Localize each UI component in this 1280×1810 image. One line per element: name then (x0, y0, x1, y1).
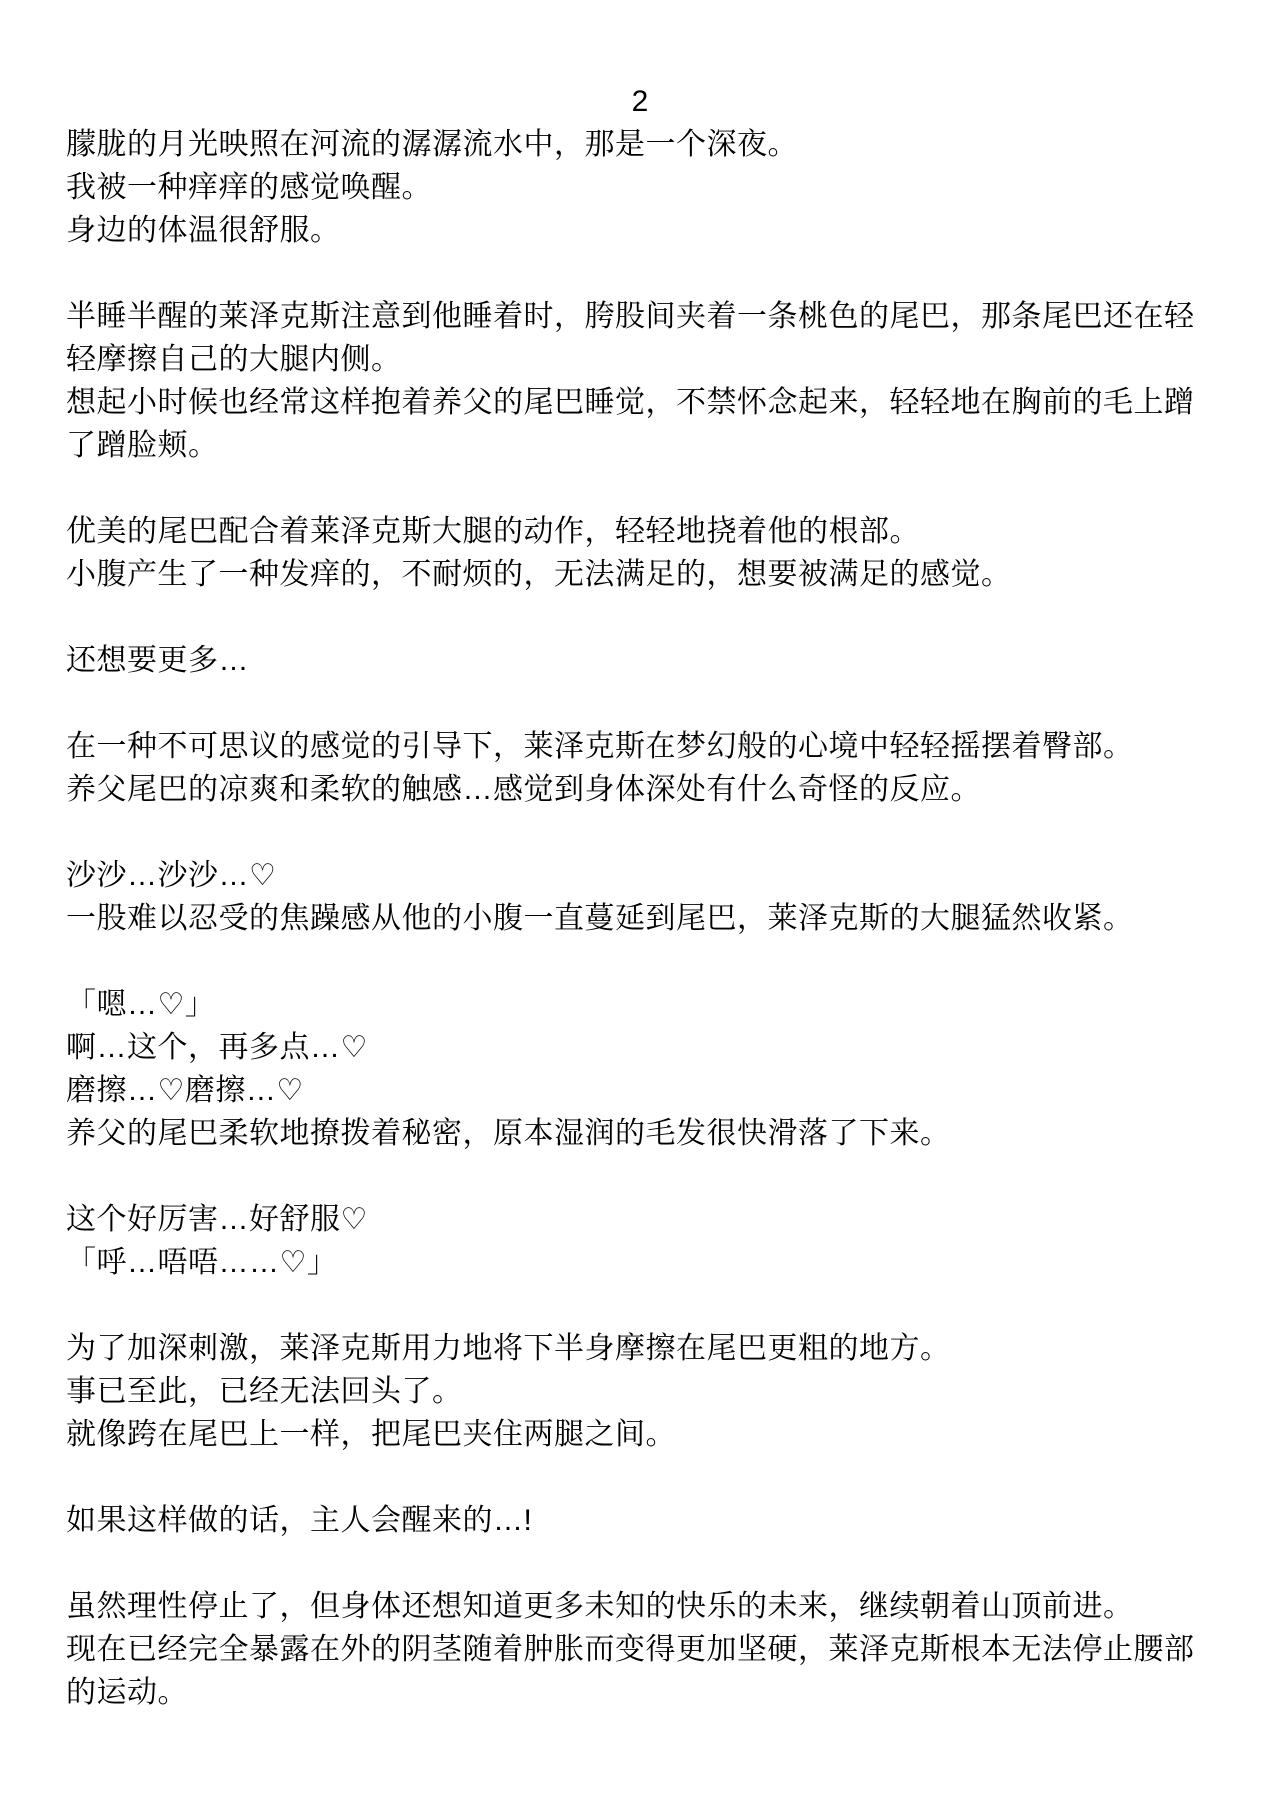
text-line: 这个好厉害…好舒服♡ (66, 1198, 1220, 1241)
text-line: 为了加深刺激，莱泽克斯用力地将下半身摩擦在尾巴更粗的地方。 (66, 1327, 1220, 1370)
text-line: 小腹产生了一种发痒的，不耐烦的，无法满足的，想要被满足的感觉。 (66, 553, 1220, 596)
text-line: 养父的尾巴柔软地撩拨着秘密，原本湿润的毛发很快滑落了下来。 (66, 1112, 1220, 1155)
text-line: 现在已经完全暴露在外的阴茎随着肿胀而变得更加坚硬，莱泽克斯根本无法停止腰部 (66, 1628, 1220, 1671)
text-line: 我被一种痒痒的感觉唤醒。 (66, 166, 1220, 209)
text-lines: 朦胧的月光映照在河流的潺潺流水中，那是一个深夜。我被一种痒痒的感觉唤醒。身边的体… (66, 123, 1220, 1714)
text-line: 虽然理性停止了，但身体还想知道更多未知的快乐的未来，继续朝着山顶前进。 (66, 1585, 1220, 1628)
text-line: 如果这样做的话，主人会醒来的…! (66, 1499, 1220, 1542)
text-line: 啊…这个，再多点…♡ (66, 1026, 1220, 1069)
text-line: 在一种不可思议的感觉的引导下，莱泽克斯在梦幻般的心境中轻轻摇摆着臀部。 (66, 725, 1220, 768)
blank-line (66, 682, 1220, 725)
text-line: 「呼…唔唔……♡」 (66, 1241, 1220, 1284)
text-line: 身边的体温很舒服。 (66, 209, 1220, 252)
document-page: 2 朦胧的月光映照在河流的潺潺流水中，那是一个深夜。我被一种痒痒的感觉唤醒。身边… (0, 0, 1280, 1810)
text-line: 磨擦…♡磨擦…♡ (66, 1069, 1220, 1112)
text-line: 「嗯…♡」 (66, 983, 1220, 1026)
text-line: 养父尾巴的凉爽和柔软的触感…感觉到身体深处有什么奇怪的反应。 (66, 768, 1220, 811)
text-line: 轻摩擦自己的大腿内侧。 (66, 338, 1220, 381)
text-line: 优美的尾巴配合着莱泽克斯大腿的动作，轻轻地挠着他的根部。 (66, 510, 1220, 553)
blank-line (66, 467, 1220, 510)
text-line: 事已至此，已经无法回头了。 (66, 1370, 1220, 1413)
blank-line (66, 252, 1220, 295)
page-number: 2 (60, 80, 1220, 123)
blank-line (66, 1542, 1220, 1585)
text-line: 一股难以忍受的焦躁感从他的小腹一直蔓延到尾巴，莱泽克斯的大腿猛然收紧。 (66, 897, 1220, 940)
blank-line (66, 1456, 1220, 1499)
blank-line (66, 940, 1220, 983)
text-line: 的运动。 (66, 1671, 1220, 1714)
text-line: 朦胧的月光映照在河流的潺潺流水中，那是一个深夜。 (66, 123, 1220, 166)
text-line: 半睡半醒的莱泽克斯注意到他睡着时，胯股间夹着一条桃色的尾巴，那条尾巴还在轻 (66, 295, 1220, 338)
text-line: 了蹭脸颊。 (66, 424, 1220, 467)
blank-line (66, 1284, 1220, 1327)
text-line: 想起小时候也经常这样抱着养父的尾巴睡觉，不禁怀念起来，轻轻地在胸前的毛上蹭 (66, 381, 1220, 424)
blank-line (66, 811, 1220, 854)
text-line: 沙沙…沙沙…♡ (66, 854, 1220, 897)
text-line: 就像跨在尾巴上一样，把尾巴夹住两腿之间。 (66, 1413, 1220, 1456)
blank-line (66, 596, 1220, 639)
text-line: 还想要更多… (66, 639, 1220, 682)
blank-line (66, 1155, 1220, 1198)
